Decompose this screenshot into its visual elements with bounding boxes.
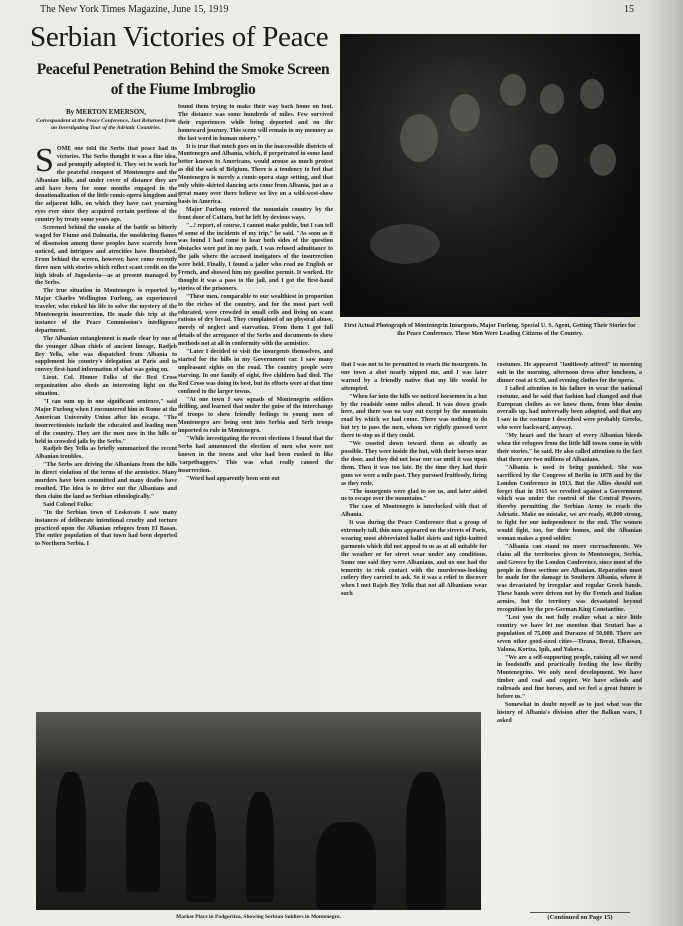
paragraph: "In the Serbian town of Leskovats I saw …	[35, 510, 177, 550]
text-column-2: found them trying to make their way back…	[178, 104, 333, 714]
paragraph: Somewhat in doubt myself as to just what…	[497, 702, 642, 726]
photo-figure	[246, 792, 274, 902]
photo-figure	[500, 74, 526, 106]
paragraph: "The Serbs are driving the Albanians fro…	[35, 462, 177, 502]
photo-figure	[580, 79, 604, 109]
paragraph: Radjeb Bey Yella as briefly summarized t…	[35, 446, 177, 462]
paragraph: The case of Montenegro is interlocked wi…	[341, 504, 487, 520]
photo-figure	[450, 94, 480, 132]
paragraph: "We are a self-supporting people, raisin…	[497, 655, 642, 702]
photo-montenegrin-insurgents	[340, 34, 640, 317]
paragraph: "Later I decided to visit the insurgents…	[178, 349, 333, 396]
article-subtitle: Peaceful Penetration Behind the Smoke Sc…	[28, 60, 338, 100]
photo-figure	[370, 224, 440, 264]
photo-figure	[316, 822, 376, 910]
text-column-3: that I was not to be permitted to reach …	[341, 362, 487, 612]
paragraph: "...! report, of course, I cannot make p…	[178, 223, 333, 294]
photo-figure	[590, 144, 616, 176]
paragraph: "Albania can stand no more encroachments…	[497, 544, 642, 615]
photo-figure	[186, 802, 216, 902]
subtitle-line-1: Peaceful Penetration Behind the Smoke Sc…	[28, 60, 338, 80]
paragraph: "Lest you do not fully realize what a ni…	[497, 615, 642, 655]
text-column-4: costumes. He appeared "faultlessly attir…	[497, 362, 642, 910]
paragraph: "My heart and the heart of every Albania…	[497, 433, 642, 465]
article-title: Serbian Victories of Peace	[30, 20, 340, 54]
photo-figure	[56, 772, 86, 892]
paragraph: Screened behind the smoke of the battle …	[35, 225, 177, 288]
paragraph: Said Colonel Folks:	[35, 502, 177, 510]
photo-figure	[530, 144, 558, 178]
continued-notice: (Continued on Page 15)	[530, 912, 630, 921]
photo-figure	[540, 84, 564, 114]
paragraph: "These men, comparable to our wealthiest…	[178, 294, 333, 349]
text-column-1: SOME one told the Serbs that peace had i…	[35, 146, 177, 706]
paragraph: "At one town I saw squads of Montenegrin…	[178, 397, 333, 437]
photo-figure	[406, 772, 446, 910]
page-number: 15	[624, 4, 634, 15]
photo2-caption: Market Place in Podgoritza, Showing Serb…	[36, 914, 481, 920]
paragraph: Lieut. Col. Homer Folks of the Red Cross…	[35, 375, 177, 399]
paragraph: Major Furlong entered the mountain count…	[178, 207, 333, 223]
paragraph: "When far into the hills we noticed hors…	[341, 394, 487, 441]
paragraph: found them trying to make their way back…	[178, 104, 333, 144]
photo-market-place-podgoritza	[36, 712, 481, 910]
paragraph: It was during the Peace Conference that …	[341, 520, 487, 599]
drop-cap: S	[35, 147, 54, 175]
paragraph: I called attention to his failure to wea…	[497, 386, 642, 433]
paragraph: The true situation in Montenegro is repo…	[35, 288, 177, 335]
paragraph: "Word had apparently been sent out	[178, 476, 333, 484]
paragraph: costumes. He appeared "faultlessly attir…	[497, 362, 642, 386]
photo1-caption: First Actual Photograph of Montenegrin I…	[340, 322, 640, 338]
byline: By MERTON EMERSON,	[37, 108, 175, 116]
running-head: The New York Times Magazine, June 15, 19…	[40, 4, 228, 15]
photo-figure	[126, 782, 160, 892]
paragraph: "I can sum up in one significant sentenc…	[35, 399, 177, 446]
paragraph: that I was not to be permitted to reach …	[341, 362, 487, 394]
paragraph: SOME one told the Serbs that peace had i…	[35, 146, 177, 225]
paragraph: "We coasted down toward them as silently…	[341, 441, 487, 488]
byline-note: Correspondent at the Peace Conference, J…	[35, 118, 177, 132]
photo-figure	[400, 114, 438, 162]
paragraph: It is true that much goes on in the inac…	[178, 144, 333, 207]
paragraph: "While investigating the recent election…	[178, 436, 333, 476]
newspaper-page: The New York Times Magazine, June 15, 19…	[0, 0, 683, 926]
paragraph: "Albania is used to being punished. She …	[497, 465, 642, 544]
paragraph: The Albanian entanglement is made clear …	[35, 336, 177, 376]
paragraph: "The insurgents were glad to see us, and…	[341, 489, 487, 505]
subtitle-line-2: of the Fiume Imbroglio	[28, 80, 338, 100]
